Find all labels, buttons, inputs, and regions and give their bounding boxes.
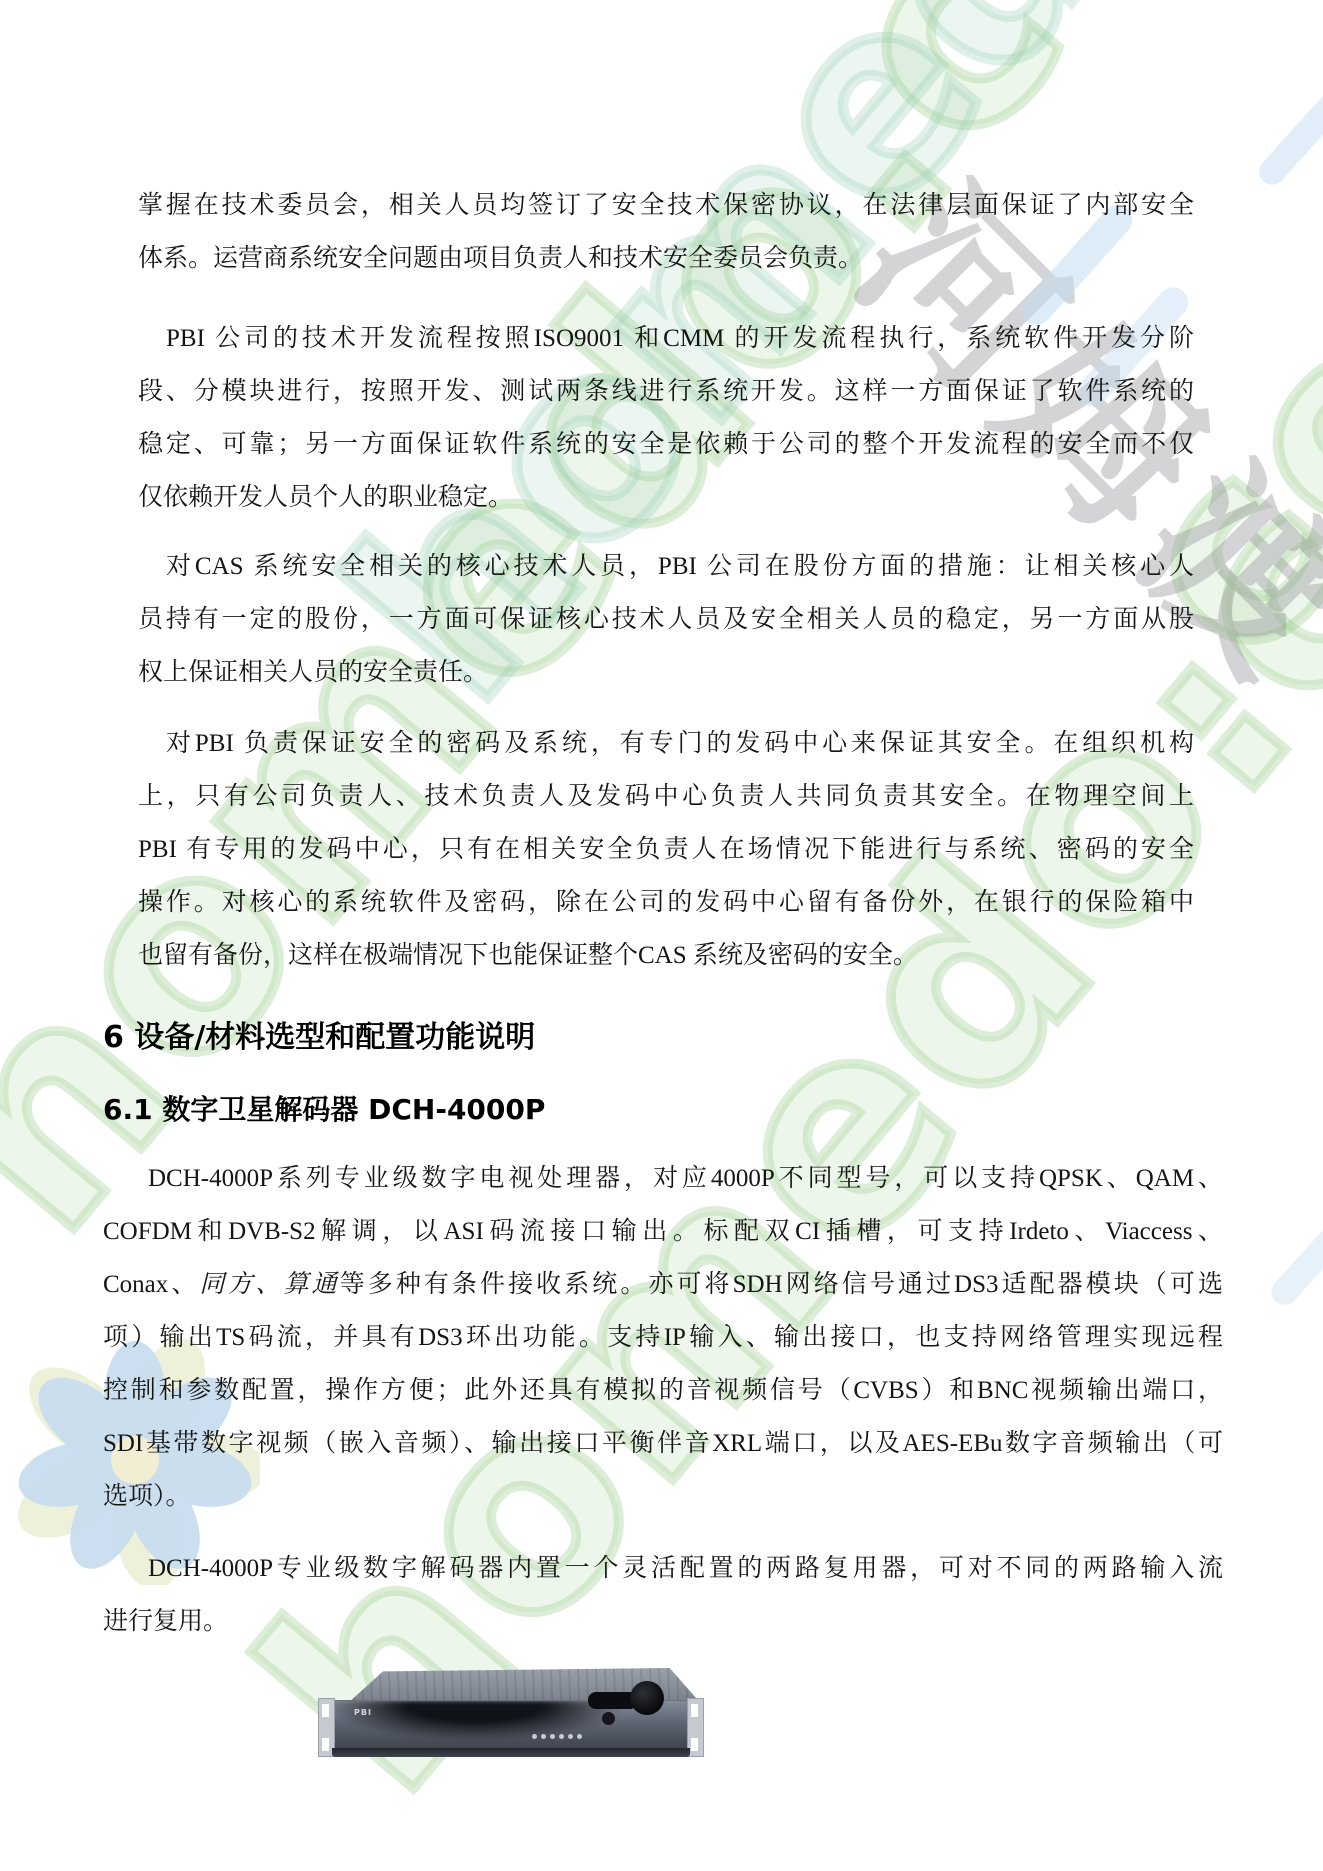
text-line: 权上保证相关人员的安全责任。 — [138, 646, 1194, 699]
device-led — [550, 1734, 555, 1739]
device-bottom-strip — [332, 1748, 690, 1757]
device-brand-label: PBI — [354, 1708, 372, 1717]
document-page: homedo.com homedo.com homedo.com .com 河姆… — [0, 0, 1323, 1871]
text-line: 操作。对核心的系统软件及密码，除在公司的发码中心留有备份外，在银行的保险箱中 — [138, 876, 1194, 929]
text-line: 员持有一定的股份，一方面可保证核心技术人员及安全相关人员的稳定，另一方面从股 — [138, 593, 1194, 646]
subsection-heading: 6.1 数字卫星解码器 DCH-4000P — [103, 1088, 545, 1128]
device-led — [559, 1734, 564, 1739]
paragraph: DCH-4000P专业级数字解码器内置一个灵活配置的两路复用器，可对不同的两路输… — [103, 1542, 1223, 1648]
text-line: 上，只有公司负责人、技术负责人及发码中心负责人共同负责其安全。在物理空间上 — [138, 770, 1194, 823]
paragraph: DCH-4000P系列专业级数字电视处理器，对应4000P不同型号，可以支持QP… — [103, 1152, 1223, 1523]
text-line: DCH-4000P系列专业级数字电视处理器，对应4000P不同型号，可以支持QP… — [103, 1152, 1223, 1205]
text-line: Conax、同方、算通等多种有条件接收系统。亦可将SDH网络信号通过DS3适配器… — [103, 1258, 1223, 1311]
device-led-row — [532, 1734, 582, 1739]
text-line: 段、分模块进行，按照开发、测试两条线进行系统开发。这样一方面保证了软件系统的 — [138, 365, 1194, 418]
text-line: PBI 有专用的发码中心，只有在相关安全负责人在场情况下能进行与系统、密码的安全 — [138, 823, 1194, 876]
paragraph: 对CAS 系统安全相关的核心技术人员，PBI 公司在股份方面的措施：让相关核心人… — [138, 540, 1194, 699]
text-line: 掌握在技术委员会，相关人员均签订了安全技术保密协议，在法律层面保证了内部安全 — [138, 179, 1194, 232]
text-line: COFDM和DVB-S2解调，以ASI码流接口输出。标配双CI插槽，可支持Ird… — [103, 1205, 1223, 1258]
text-line: 稳定、可靠；另一方面保证软件系统的安全是依赖于公司的整个开发流程的安全而不仅 — [138, 418, 1194, 471]
device-knob — [630, 1681, 664, 1715]
text-line: 进行复用。 — [103, 1595, 1223, 1648]
device-led — [568, 1734, 573, 1739]
text-line: 选项）。 — [103, 1470, 1223, 1523]
text-line: 控制和参数配置，操作方便；此外还具有模拟的音视频信号（CVBS）和BNC视频输出… — [103, 1364, 1223, 1417]
text-line: 对CAS 系统安全相关的核心技术人员，PBI 公司在股份方面的措施：让相关核心人 — [138, 540, 1194, 593]
device-led — [532, 1734, 537, 1739]
watermark-blue-stroke — [1266, 1204, 1323, 1311]
text-line: 对PBI 负责保证安全的密码及系统，有专门的发码中心来保证其安全。在组织机构 — [138, 717, 1194, 770]
paragraph: PBI 公司的技术开发流程按照ISO9001 和CMM 的开发流程执行，系统软件… — [138, 312, 1194, 524]
text-line: 体系。运营商系统安全问题由项目负责人和技术安全委员会负责。 — [138, 232, 1194, 285]
watermark-blue-stroke — [1254, 76, 1323, 190]
device-button — [602, 1712, 615, 1725]
text-line: PBI 公司的技术开发流程按照ISO9001 和CMM 的开发流程执行，系统软件… — [138, 312, 1194, 365]
paragraph: 掌握在技术委员会，相关人员均签订了安全技术保密协议，在法律层面保证了内部安全体系… — [138, 179, 1194, 285]
text-line: SDI基带数字视频（嵌入音频）、输出接口平衡伴音XRL端口，以及AES-EBu数… — [103, 1417, 1223, 1470]
paragraph: 对PBI 负责保证安全的密码及系统，有专门的发码中心来保证其安全。在组织机构上，… — [138, 717, 1194, 982]
text-line: 仅依赖开发人员个人的职业稳定。 — [138, 471, 1194, 524]
device-photo-dch-4000p: PBI — [318, 1666, 704, 1762]
device-led — [541, 1734, 546, 1739]
text-line: 项）输出TS码流，并具有DS3环出功能。支持IP输入、输出接口，也支持网络管理实… — [103, 1311, 1223, 1364]
text-line: 也留有备份，这样在极端情况下也能保证整个CAS 系统及密码的安全。 — [138, 929, 1194, 982]
device-led — [577, 1734, 582, 1739]
section-heading: 6 设备/材料选型和配置功能说明 — [103, 1012, 535, 1056]
text-line: DCH-4000P专业级数字解码器内置一个灵活配置的两路复用器，可对不同的两路输… — [103, 1542, 1223, 1595]
